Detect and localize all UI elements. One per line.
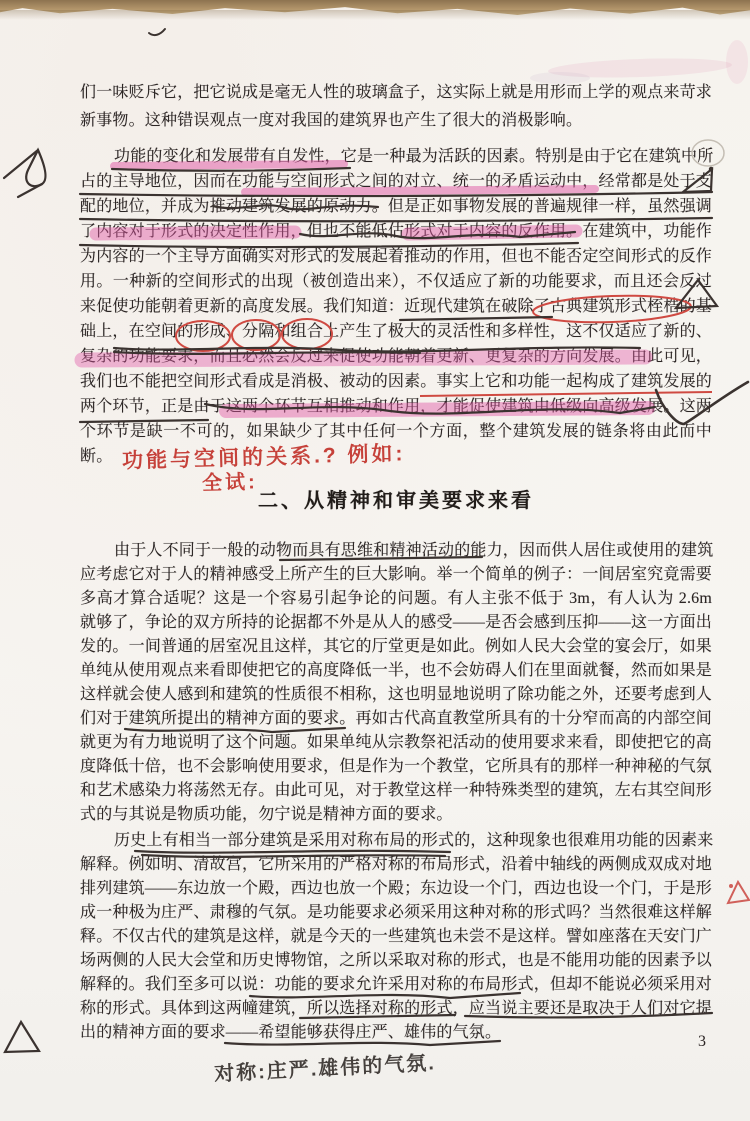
text-line: 由于人不同于一般的动物而具有思维和精神活动的能力，因而供人居住或使用的建筑 [114,540,712,562]
text-line: 释。不仅古代的建筑是这样，就是今天的一些建筑也未尝不是这样。譬如座落在天安门广 [80,926,712,948]
text-line: 称的形式。具体到这两幢建筑，所以选择对称的形式，应当说主要还是取决于人们对它提 [80,998,712,1020]
text-line: 两个环节，正是由于这两个环节互相推动和作用，才能促使建筑由低级向高级发展。这两 [80,396,712,418]
left-margin-delta-mark [26,150,45,186]
text-line: 新事物。这种错误观点一度对我国的建筑界也产生了很大的消极影响。 [80,110,712,132]
bleed-through-smudge [530,40,748,84]
section-heading: 二、从精神和审美要求来看 [80,484,712,513]
text-line: 多高才算合适呢？这是一个容易引起争论的问题。有人主张不低于 3m，有人认为 2.… [80,588,712,610]
text-line: 配的地位，并成为推动建筑发展的原动力。但是正如事物发展的普遍规律一样，虽然强调 [80,196,712,218]
text-line: 们一味贬斥它，把它说成是毫无人性的玻璃盒子，这实际上就是用形而上学的观点来苛求 [80,82,712,104]
text-line: 们对于建筑所提出的精神方面的要求。再如古代高直教堂所具有的十分窄而高的内部空间 [80,708,712,730]
text-line: 和艺术感染力将荡然无存。由此可见，对于教堂这样一种特殊类型的建筑，左右其空间形 [80,780,712,802]
text-line: 功能的变化和发展带有自发性，它是一种最为活跃的因素。特别是由于它在建筑中所 [114,146,712,168]
text-line: 复杂的功能要求，而且必然会反过来促使功能朝着更新、更复杂的方向发展。由此可见， [80,346,712,368]
page-number: 3 [698,1033,706,1051]
text-line: 场两侧的人民大会堂和历史博物馆，之所以采取对称的形式，也是不能用功能的因素予以 [80,950,712,972]
text-line: 历史上有相当一部分建筑是采用对称布局的形式的，这种现象也很难用功能的因素来 [114,830,712,852]
handwritten-bottom-note: 对称:庄严.雄伟的气氛. [213,1046,436,1087]
scanned-page: 们一味贬斥它，把它说成是毫无人性的玻璃盒子，这实际上就是用形而上学的观点来苛求 … [0,0,750,1121]
left-margin-triangle [5,1022,39,1052]
text-line: 用。一种新的空间形式的出现（被创造出来），不仅适应了新的功能要求，而且还会反过 [80,271,712,293]
text-line: 我们也不能把空间形式看成是消极、被动的因素。事实上它和功能一起构成了建筑发展的 [80,371,712,393]
text-line: 础上，在空间的形成、分隔和组合上产生了极大的灵活性和多样性，这不仅适应了新的、 [80,321,712,343]
text-line: 单纯从使用观点来看即使把它的高度降低一半，也不会妨碍人们在里面就餐，然而如果是 [80,660,712,682]
text-line: 就更为有力地说明了这个问题。如果单纯从宗教祭祀活动的使用要求来看，即使把它的高 [80,732,712,754]
text-line: 排列建筑——东边放一个殿，西边也放一个殿；东边设一个门，西边也设一个门，于是形 [80,878,712,900]
text-line: 成一种极为庄严、肃穆的气氛。是功能要求必须采用这种对称的形式吗？当然很难这样解 [80,902,712,924]
torn-paper-shadow [0,10,750,20]
text-line: 解释。例如明、清故宫，它所采用的严格对称的布局形式，沿着中轴线的两侧成双成对地 [80,854,712,876]
text-line: 这样就会使人感到和建筑的性质很不相称，这也明显地说明了除功能之外，还要考虑到人 [80,684,712,706]
text-line: 式的与其说是物质功能，勿宁说是精神方面的要求。 [80,804,712,826]
text-line: 占的主导地位，因而在功能与空间形式之间的对立、统一的矛盾运动中，经常都是处于支 [80,171,712,193]
text-line: 出的精神方面的要求——希望能够获得庄严、雄伟的气氛。 [80,1022,712,1044]
handwritten-margin-question: 功能与空间的关系.? 例如: [122,437,406,474]
text-line: 了内容对于形式的决定性作用，但也不能低估形式对于内容的反作用。在建筑中，功能作 [80,221,712,243]
text-line: 解释的。我们至多可以说：功能的要求允许采用对称的布局形式，但却不能说必须采用对 [80,974,712,996]
text-line: 为内容的一个主导方面确实对形式的发展起着推动的作用，但也不能否定空间形式的反作 [80,246,712,268]
text-line: 度降低十倍，也不会影响使用要求，但是作为一个教堂，它所具有的那样一种神秘的气氛 [80,756,712,778]
pen-tick-mark [149,29,165,35]
text-line: 来促使功能朝着更新的高度发展。我们知道：近现代建筑在破除了古典建筑形式桎梏的基 [80,296,712,318]
text-line: 发的。一间普通的居室况且这样，其它的厅堂更是如此。例如人民大会堂的宴会厅，如果 [80,636,712,658]
text-line: 就够了，争论的双方所持的论据都不外是从人的感受——是否会感到压抑——这一方面出 [80,612,712,634]
text-line: 应考虑它对于人的精神感受上所产生的巨大影响。举一个简单的例子：一间居室究竟需要 [80,564,712,586]
